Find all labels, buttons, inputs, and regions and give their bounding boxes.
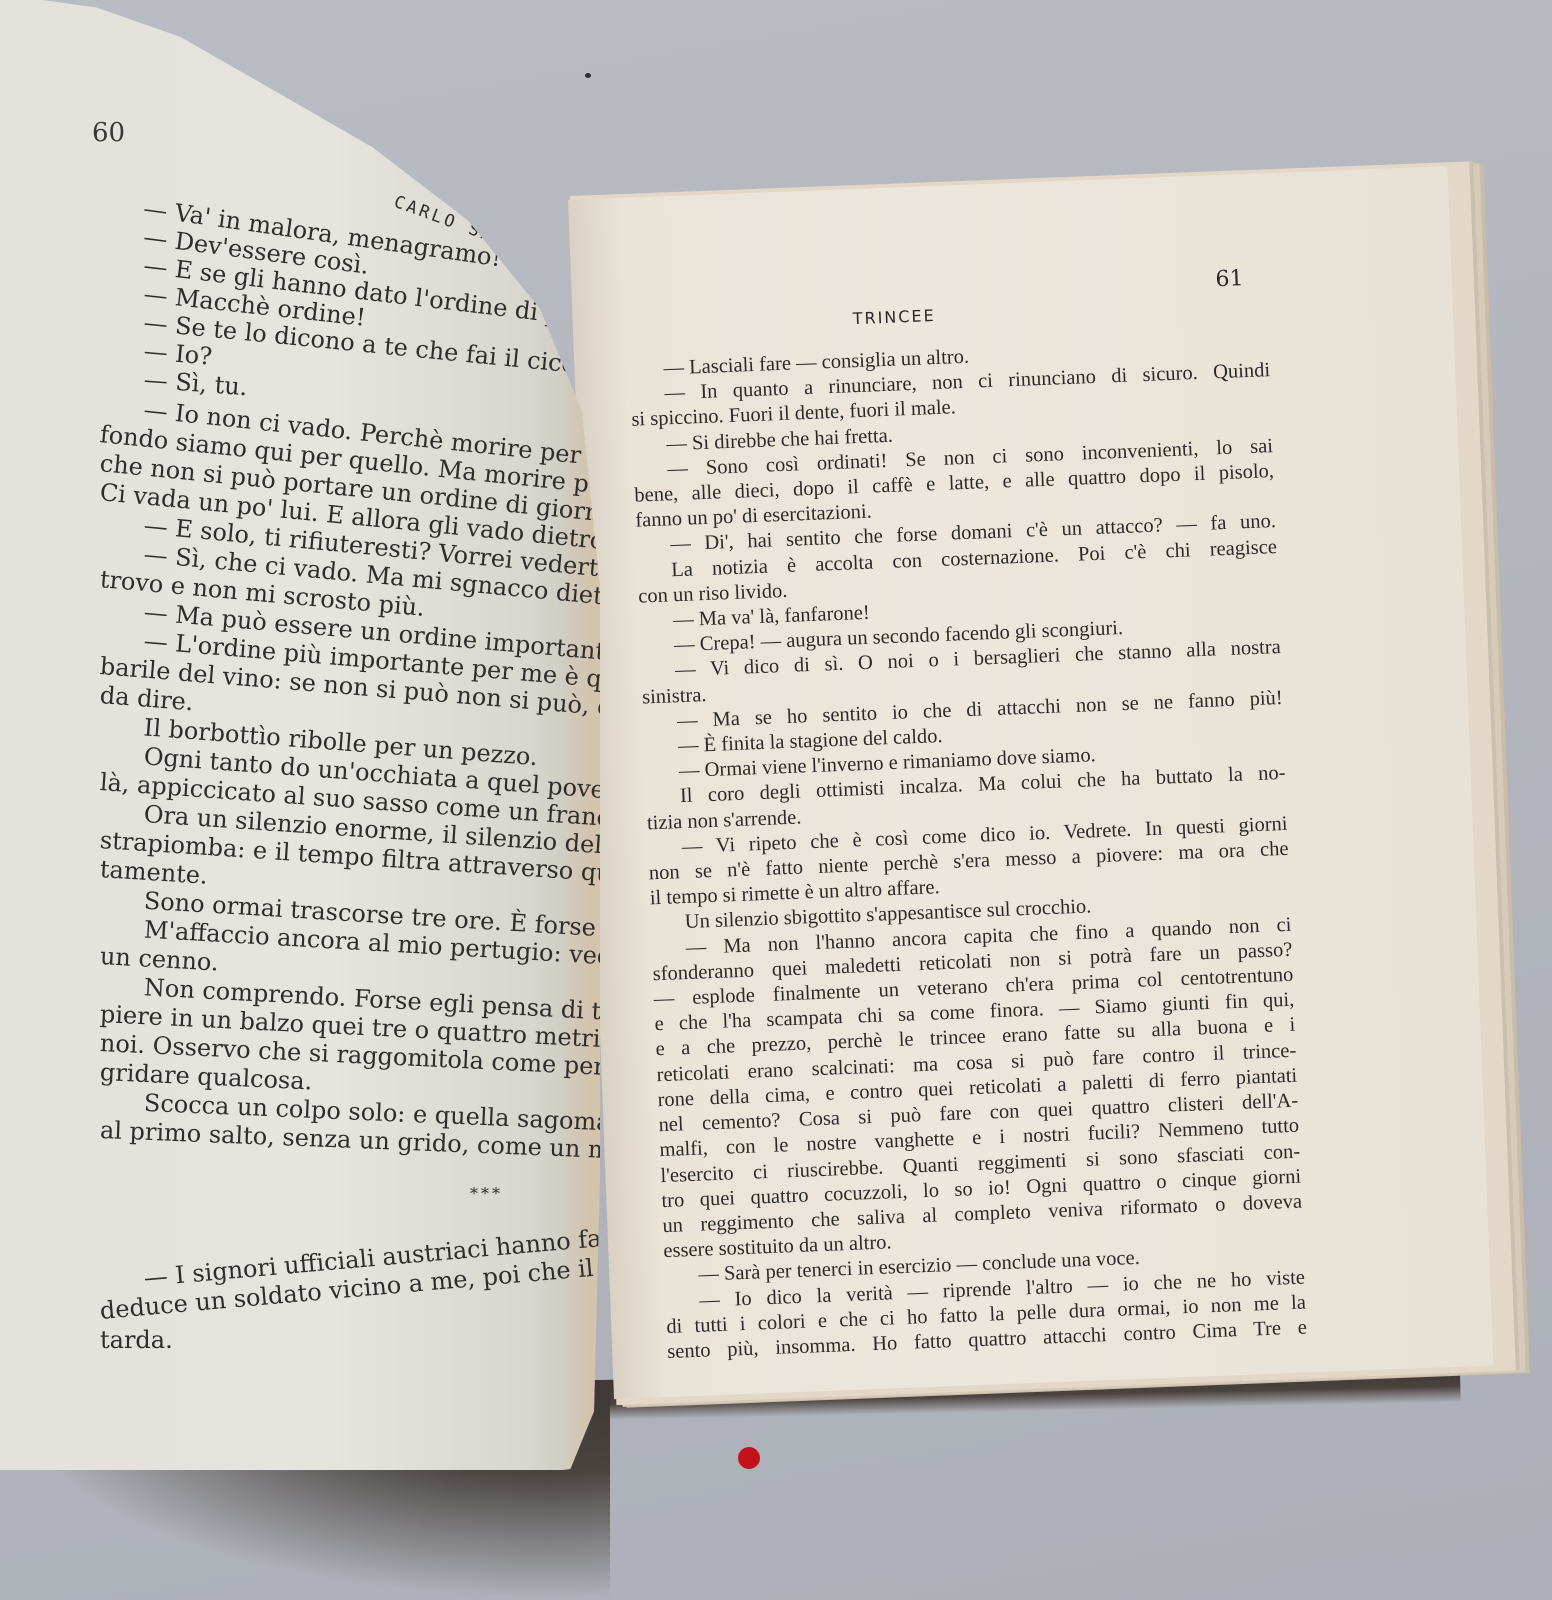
section-break: *** [100, 1179, 620, 1208]
surface-speck [585, 73, 591, 78]
text-line: tarda. [100, 1326, 620, 1355]
page-number-right: 61 [1215, 266, 1244, 292]
page-number-left: 60 [92, 118, 125, 148]
right-page: 61 TRINCEE — Lasciali fare — consiglia u… [568, 166, 1493, 1399]
running-head-title: TRINCEE [852, 306, 936, 328]
left-page-text: — Va' in malora, menagramo!— Dev'essere … [100, 188, 620, 1355]
left-page: 60 CARLO SALSA — Va' in malora, menagram… [0, 0, 600, 1470]
right-page-text: — Lasciali fare — consiglia un altro.— I… [629, 333, 1307, 1365]
red-bookmark-marker [738, 1447, 760, 1469]
